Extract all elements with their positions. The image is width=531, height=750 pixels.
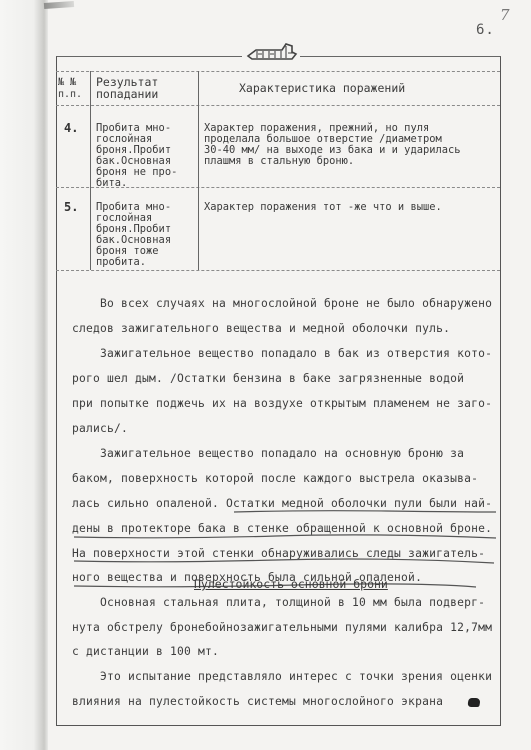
paragraph-line: нута обстрелу бронебойнозажигательными п… [72,621,492,634]
row-characteristic-line: Характер поражения тот -же что и выше. [204,202,442,214]
row-result-line: бита. [96,178,127,190]
header-result-line2: попадании [96,89,158,101]
organization-logo-icon [242,38,300,64]
header-number-line1: № № [58,77,76,89]
row-result-line: пробита. [96,257,146,269]
page-number: 6. [476,22,495,38]
row-number: 5. [64,202,78,214]
section-title: Пулестойкость основной брони [194,577,388,591]
header-number-line2: п.п. [58,89,82,101]
page-binding-edge [0,0,48,750]
page-corner-shadow [44,1,74,9]
row-characteristic-line: плашмя в стальную броню. [204,156,354,168]
header-characteristic: Характеристика поражений [239,83,405,95]
handwritten-underlines [56,290,500,600]
ink-blot [467,698,481,707]
paragraph-line: Это испытание представляло интерес с точ… [72,670,492,683]
row-number: 4. [64,123,78,135]
paragraph-line: Основная стальная плита, толщиной в 10 м… [72,596,485,609]
paragraph-line: влияния на пулестойкость системы многосл… [72,695,443,708]
paragraph-line: с дистанции в 100 мт. [72,645,219,658]
handwritten-page-mark: 7 [500,6,510,24]
